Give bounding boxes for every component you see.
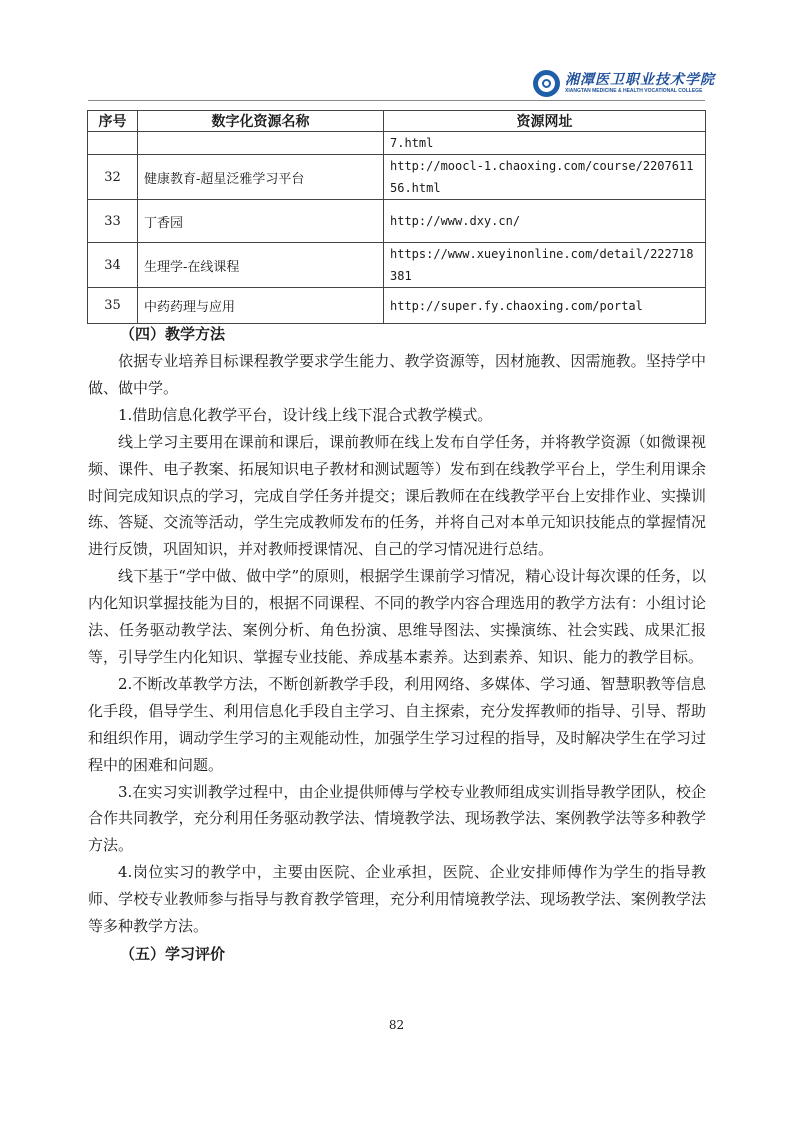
college-logo: 湘潭医卫职业技术学院 XIANGTAN MEDICINE & HEALTH VO… — [533, 70, 715, 97]
resource-url: http://moocl-1.chaoxing.com/course/22076… — [384, 155, 706, 200]
college-emblem-icon — [533, 70, 560, 97]
resource-name: 生理学-在线课程 — [138, 243, 384, 288]
page-number: 82 — [0, 1018, 793, 1032]
header-divider — [88, 100, 705, 101]
logo-chinese-name: 湘潭医卫职业技术学院 — [565, 72, 715, 88]
paragraph: 4.岗位实习的教学中，主要由医院、企业承担，医院、企业安排师傅作为学生的指导教师… — [88, 859, 706, 940]
table-row: 32 健康教育-超星泛雅学习平台 http://moocl-1.chaoxing… — [88, 155, 706, 200]
paragraph: 2.不断改革教学方法，不断创新教学手段，利用网络、多媒体、学习通、智慧职教等信息… — [88, 671, 706, 779]
table-row: 33 丁香园 http://www.dxy.cn/ — [88, 200, 706, 243]
serial-no: 35 — [88, 288, 138, 324]
section-heading-learning-evaluation: （五）学习评价 — [88, 940, 706, 968]
table-row: 35 中药药理与应用 http://super.fy.chaoxing.com/… — [88, 288, 706, 324]
table-row-continued: 7.html — [88, 132, 706, 155]
paragraph: 3.在实习实训教学过程中，由企业提供师傅与学校专业教师组成实训指导教学团队，校企… — [88, 779, 706, 860]
resource-url: 7.html — [384, 132, 706, 155]
table-header-row: 序号 数字化资源名称 资源网址 — [88, 111, 706, 132]
digital-resources-table: 序号 数字化资源名称 资源网址 7.html 32 健康教育-超星泛雅学习平台 … — [87, 110, 706, 324]
resource-url: http://super.fy.chaoxing.com/portal — [384, 288, 706, 324]
table-row: 34 生理学-在线课程 https://www.xueyinonline.com… — [88, 243, 706, 288]
resource-name: 中药药理与应用 — [138, 288, 384, 324]
serial-no: 33 — [88, 200, 138, 243]
header-resource-name: 数字化资源名称 — [138, 111, 384, 132]
logo-text: 湘潭医卫职业技术学院 XIANGTAN MEDICINE & HEALTH VO… — [565, 72, 715, 95]
section-heading-teaching-methods: （四）教学方法 — [88, 320, 706, 348]
header-resource-url: 资源网址 — [384, 111, 706, 132]
resource-name: 丁香园 — [138, 200, 384, 243]
document-body: （四）教学方法 依据专业培养目标课程教学要求学生能力、教学资源等，因材施教、因需… — [88, 320, 706, 968]
serial-no: 34 — [88, 243, 138, 288]
paragraph: 线下基于“学中做、做中学”的原则，根据学生课前学习情况，精心设计每次课的任务，以… — [88, 563, 706, 671]
paragraph: 线上学习主要用在课前和课后，课前教师在线上发布自学任务，并将教学资源（如微课视频… — [88, 429, 706, 564]
logo-english-name: XIANGTAN MEDICINE & HEALTH VOCATIONAL CO… — [565, 88, 715, 95]
serial-no: 32 — [88, 155, 138, 200]
header-serial-no: 序号 — [88, 111, 138, 132]
paragraph: 依据专业培养目标课程教学要求学生能力、教学资源等，因材施教、因需施教。坚持学中做… — [88, 348, 706, 402]
resource-name: 健康教育-超星泛雅学习平台 — [138, 155, 384, 200]
resource-url: http://www.dxy.cn/ — [384, 200, 706, 243]
resource-url: https://www.xueyinonline.com/detail/2227… — [384, 243, 706, 288]
paragraph: 1.借助信息化教学平台，设计线上线下混合式教学模式。 — [88, 402, 706, 429]
